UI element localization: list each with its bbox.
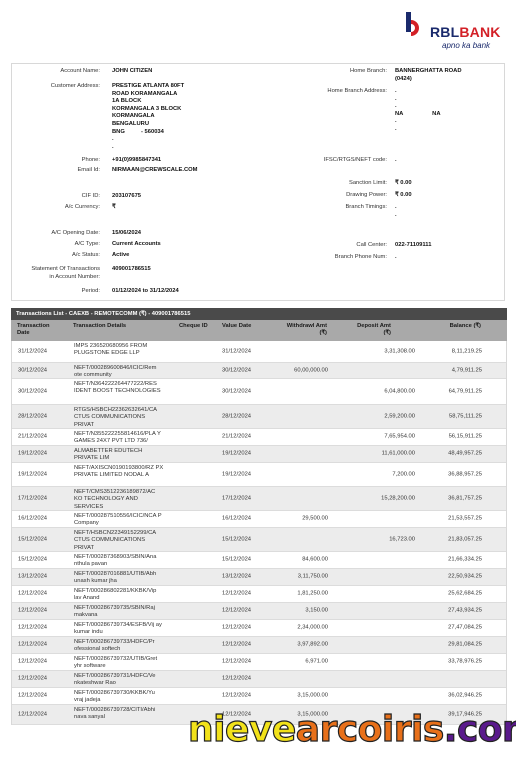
transaction-details: NEFT/000286739731/HDFC/Ve nkateshwar Rao (74, 673, 164, 688)
value-date: 19/12/2024 (222, 471, 251, 478)
deposit-amount: 11,61,000.00 (332, 450, 415, 457)
balance-amount: 25,62,684.25 (412, 590, 482, 597)
deposit-amount: 7,65,954.00 (332, 433, 415, 440)
balance-amount: 56,15,911.25 (412, 433, 482, 440)
field-value: 203107675 (112, 193, 141, 201)
transaction-date: 12/12/2024 (18, 711, 47, 718)
balance-amount: 64,79,911.25 (412, 388, 482, 395)
transaction-date: 13/12/2024 (18, 573, 47, 580)
field-label: Customer Address: (51, 83, 100, 91)
balance-amount: 36,02,946.25 (412, 692, 482, 699)
value-date: 15/12/2024 (222, 536, 251, 543)
field-label: Statement Of Transactions in Account Num… (31, 266, 100, 281)
field-value: . . . NA NA . . (395, 88, 441, 134)
transactions-rows: 31/12/2024IMPS 236520680956 FROM PLUGSTO… (11, 341, 507, 725)
account-info-panel: Account Name:JOHN CITIZENCustomer Addres… (11, 63, 505, 301)
field-value: 01/12/2024 to 31/12/2024 (112, 288, 179, 296)
header-value-date: Value Date (222, 323, 251, 330)
balance-amount: 8,11,219.25 (412, 348, 482, 355)
transaction-date: 30/12/2024 (18, 367, 47, 374)
transaction-details: RTGS/HSBCH22362632641/CA CTUS COMMUNICAT… (74, 407, 164, 429)
field-value: . . (395, 204, 397, 219)
field-label: Branch Timings: (345, 204, 387, 212)
field-label: A/C Type: (75, 241, 100, 249)
transaction-date: 12/12/2024 (18, 658, 47, 665)
transaction-details: NEFT/000286739730/KKBK/Yu vraj jadeja (74, 690, 164, 705)
field-value: ₹ 0.00 (395, 180, 412, 188)
transaction-date: 28/12/2024 (18, 413, 47, 420)
value-date: 30/12/2024 (222, 388, 251, 395)
balance-amount: 22,50,934.25 (412, 573, 482, 580)
transaction-date: 12/12/2024 (18, 624, 47, 631)
transaction-date: 16/12/2024 (18, 515, 47, 522)
transaction-details: NEFT/AXISCN0190193800/RZ PX PRIVATE LIMI… (74, 465, 164, 480)
transaction-details: ALMABETTER EDUTECH PRIVATE LIM (74, 448, 164, 463)
transaction-date: 30/12/2024 (18, 388, 47, 395)
field-value: +91(0)9985847341 (112, 157, 161, 165)
field-label: Drawing Power: (346, 192, 387, 200)
withdrawal-amount: 3,150.00 (242, 607, 328, 614)
transaction-details: NEFT/000286739733/HDFC/Pr ofessional sof… (74, 639, 164, 654)
watermark: nievearcoiris.com (188, 710, 516, 750)
transaction-details: NEFT/HSBCN22349152299/CA CTUS COMMUNICAT… (74, 530, 164, 552)
balance-amount: 36,81,757.25 (412, 495, 482, 502)
table-row: 19/12/2024NEFT/AXISCN0190193800/RZ PX PR… (12, 463, 506, 487)
table-row: 13/12/2024NEFT/000287016881/UTIB/Abh una… (12, 569, 506, 586)
field-value: NIRMAAN@CREWSCALE.COM (112, 167, 198, 175)
field-label: Home Branch: (350, 68, 387, 76)
value-date: 19/12/2024 (222, 450, 251, 457)
transaction-date: 12/12/2024 (18, 607, 47, 614)
transaction-details: NEFT/N364222264477222/RES IDENT BOOST TE… (74, 381, 164, 396)
field-value: 409001786515 (112, 266, 151, 274)
field-value: . (395, 157, 397, 165)
header-cheque-id: Cheque ID (179, 323, 208, 330)
transaction-date: 21/12/2024 (18, 433, 47, 440)
transaction-details: NEFT/000286802281/KKBK/Vip lav Anand (74, 588, 164, 603)
transaction-date: 19/12/2024 (18, 471, 47, 478)
balance-amount: 29,81,084.25 (412, 641, 482, 648)
table-row: 12/12/2024NEFT/000286739733/HDFC/Pr ofes… (12, 637, 506, 654)
withdrawal-amount: 3,97,892.00 (242, 641, 328, 648)
balance-amount: 33,78,976.25 (412, 658, 482, 665)
deposit-amount: 15,28,200.00 (332, 495, 415, 502)
balance-amount: 58,75,111.25 (412, 413, 482, 420)
header-transaction-details: Transaction Details (73, 323, 126, 330)
transaction-date: 12/12/2024 (18, 641, 47, 648)
transaction-details: NEFT/000287368903/SBIN/Ana nthula pavan (74, 554, 164, 569)
table-row: 12/12/2024NEFT/000286739734/ESFB/Vij ay … (12, 620, 506, 637)
deposit-amount: 2,59,200.00 (332, 413, 415, 420)
table-row: 16/12/2024NEFT/000287510556/ICIC/NCA P C… (12, 511, 506, 528)
field-label: A/c Currency: (65, 204, 100, 212)
field-label: A/C Opening Date: (51, 230, 100, 238)
transaction-details: NEFT/000286739734/ESFB/Vij ay kumar indu (74, 622, 164, 637)
field-label: Phone: (82, 157, 100, 165)
field-value: PRESTIGE ATLANTA 80FT ROAD KORAMANGALA 1… (112, 83, 184, 151)
table-row: 21/12/2024NEFT/N355222255814616/PLA Y GA… (12, 429, 506, 446)
field-value: 15/06/2024 (112, 230, 141, 238)
value-date: 12/12/2024 (222, 675, 251, 682)
value-date: 17/12/2024 (222, 495, 251, 502)
field-label: Period: (82, 288, 100, 296)
field-value: 022-71109111 (395, 242, 431, 250)
transaction-details: NEFT/N355222255814616/PLA Y GAMES 24X7 P… (74, 431, 164, 446)
value-date: 28/12/2024 (222, 413, 251, 420)
balance-amount: 21,83,057.25 (412, 536, 482, 543)
transaction-date: 15/12/2024 (18, 536, 47, 543)
header-withdrawal-amount: Withdrawl Amt (₹) (271, 323, 327, 337)
transaction-details: NEFT/000287016881/UTIB/Abh unash kumar j… (74, 571, 164, 586)
field-label: Home Branch Address: (327, 88, 387, 96)
transaction-date: 12/12/2024 (18, 590, 47, 597)
table-row: 15/12/2024NEFT/000287368903/SBIN/Ana nth… (12, 552, 506, 569)
field-label: Sanction Limit: (349, 180, 387, 188)
transaction-date: 19/12/2024 (18, 450, 47, 457)
table-row: 31/12/2024IMPS 236520680956 FROM PLUGSTO… (12, 341, 506, 363)
table-row: 28/12/2024RTGS/HSBCH22362632641/CA CTUS … (12, 405, 506, 429)
bank-tagline: apno ka bank (442, 41, 490, 50)
deposit-amount: 16,723.00 (332, 536, 415, 543)
rbl-bank-logo: RBLBANK apno ka bank (404, 12, 514, 52)
transaction-date: 12/12/2024 (18, 692, 47, 699)
transaction-details: NEFT/000287510556/ICIC/NCA P Company (74, 513, 164, 528)
withdrawal-amount: 3,15,000.00 (242, 692, 328, 699)
rbl-logo-mark-icon (404, 12, 428, 40)
withdrawal-amount: 6,971.00 (242, 658, 328, 665)
field-label: IFSC/RTGS/NEFT code: (324, 157, 387, 165)
withdrawal-amount: 1,81,250.00 (242, 590, 328, 597)
withdrawal-amount: 3,11,750.00 (242, 573, 328, 580)
field-label: Branch Phone Num: (335, 254, 387, 262)
transaction-date: 15/12/2024 (18, 556, 47, 563)
field-value: JOHN CITIZEN (112, 68, 152, 76)
balance-amount: 36,88,957.25 (412, 471, 482, 478)
withdrawal-amount: 2,34,000.00 (242, 624, 328, 631)
withdrawal-amount: 29,500.00 (242, 515, 328, 522)
balance-amount: 21,66,334.25 (412, 556, 482, 563)
transaction-details: NEFT/000286739728/CITI/Abhi nava sanyal (74, 707, 164, 722)
table-row: 15/12/2024NEFT/HSBCN22349152299/CA CTUS … (12, 528, 506, 552)
field-value: BANNERGHATTA ROAD (0424) (395, 68, 462, 83)
table-row: 12/12/2024NEFT/000286739735/SBIN/Raj mak… (12, 603, 506, 620)
field-value: ₹ (112, 204, 116, 212)
value-date: 21/12/2024 (222, 433, 251, 440)
transaction-details: NEFT/000286739732/UTIB/Gret yhr software (74, 656, 164, 671)
transaction-date: 31/12/2024 (18, 348, 47, 355)
transaction-date: 17/12/2024 (18, 495, 47, 502)
field-value: ₹ 0.00 (395, 192, 412, 200)
header-transaction-date: Transaction Date (17, 323, 50, 337)
field-label: A/c Status: (72, 252, 100, 260)
withdrawal-amount: 84,600.00 (242, 556, 328, 563)
field-value: Current Accounts (112, 241, 161, 249)
transaction-details: NEFT/000286739735/SBIN/Raj makvana (74, 605, 164, 620)
balance-amount: 27,43,934.25 (412, 607, 482, 614)
deposit-amount: 6,04,800.00 (332, 388, 415, 395)
balance-amount: 4,79,911.25 (412, 367, 482, 374)
table-row: 30/12/2024NEFT/000289600846/ICIC/Rem ote… (12, 363, 506, 379)
deposit-amount: 3,31,308.00 (332, 348, 415, 355)
balance-amount: 21,53,557.25 (412, 515, 482, 522)
transactions-title: Transactions List - CAEXB - REMOTECOMM (… (11, 308, 507, 320)
transaction-details: NEFT/CMS3512236189872/AC KO TECHNOLOGY A… (74, 489, 164, 511)
balance-amount: 27,47,084.25 (412, 624, 482, 631)
transaction-details: IMPS 236520680956 FROM PLUGSTONE EDGE LL… (74, 343, 164, 358)
transactions-header-row: Transaction Date Transaction Details Che… (11, 320, 507, 341)
table-row: 17/12/2024NEFT/CMS3512236189872/AC KO TE… (12, 487, 506, 511)
field-value: Active (112, 252, 129, 260)
table-row: 19/12/2024ALMABETTER EDUTECH PRIVATE LIM… (12, 446, 506, 463)
table-row: 12/12/2024NEFT/000286739730/KKBK/Yu vraj… (12, 688, 506, 705)
table-row: 30/12/2024NEFT/N364222264477222/RES IDEN… (12, 379, 506, 405)
transaction-date: 12/12/2024 (18, 675, 47, 682)
field-label: Account Name: (60, 68, 100, 76)
table-row: 12/12/2024NEFT/000286739732/UTIB/Gret yh… (12, 654, 506, 671)
withdrawal-amount: 60,00,000.00 (242, 367, 328, 374)
table-row: 12/12/2024NEFT/000286802281/KKBK/Vip lav… (12, 586, 506, 603)
value-date: 31/12/2024 (222, 348, 251, 355)
bank-name: RBLBANK (430, 24, 501, 40)
field-label: CIF ID: (82, 193, 100, 201)
field-label: Call Center: (356, 242, 387, 250)
header-balance: Balance (₹) (431, 323, 481, 330)
field-label: Email Id: (77, 167, 100, 175)
deposit-amount: 7,200.00 (332, 471, 415, 478)
transactions-table: Transactions List - CAEXB - REMOTECOMM (… (11, 308, 507, 725)
field-value: . (395, 254, 397, 262)
table-row: 12/12/2024NEFT/000286739731/HDFC/Ve nkat… (12, 671, 506, 688)
balance-amount: 48,49,957.25 (412, 450, 482, 457)
transaction-details: NEFT/000289600846/ICIC/Rem ote community (74, 365, 164, 380)
header-deposit-amount: Deposit Amt (₹) (351, 323, 391, 337)
